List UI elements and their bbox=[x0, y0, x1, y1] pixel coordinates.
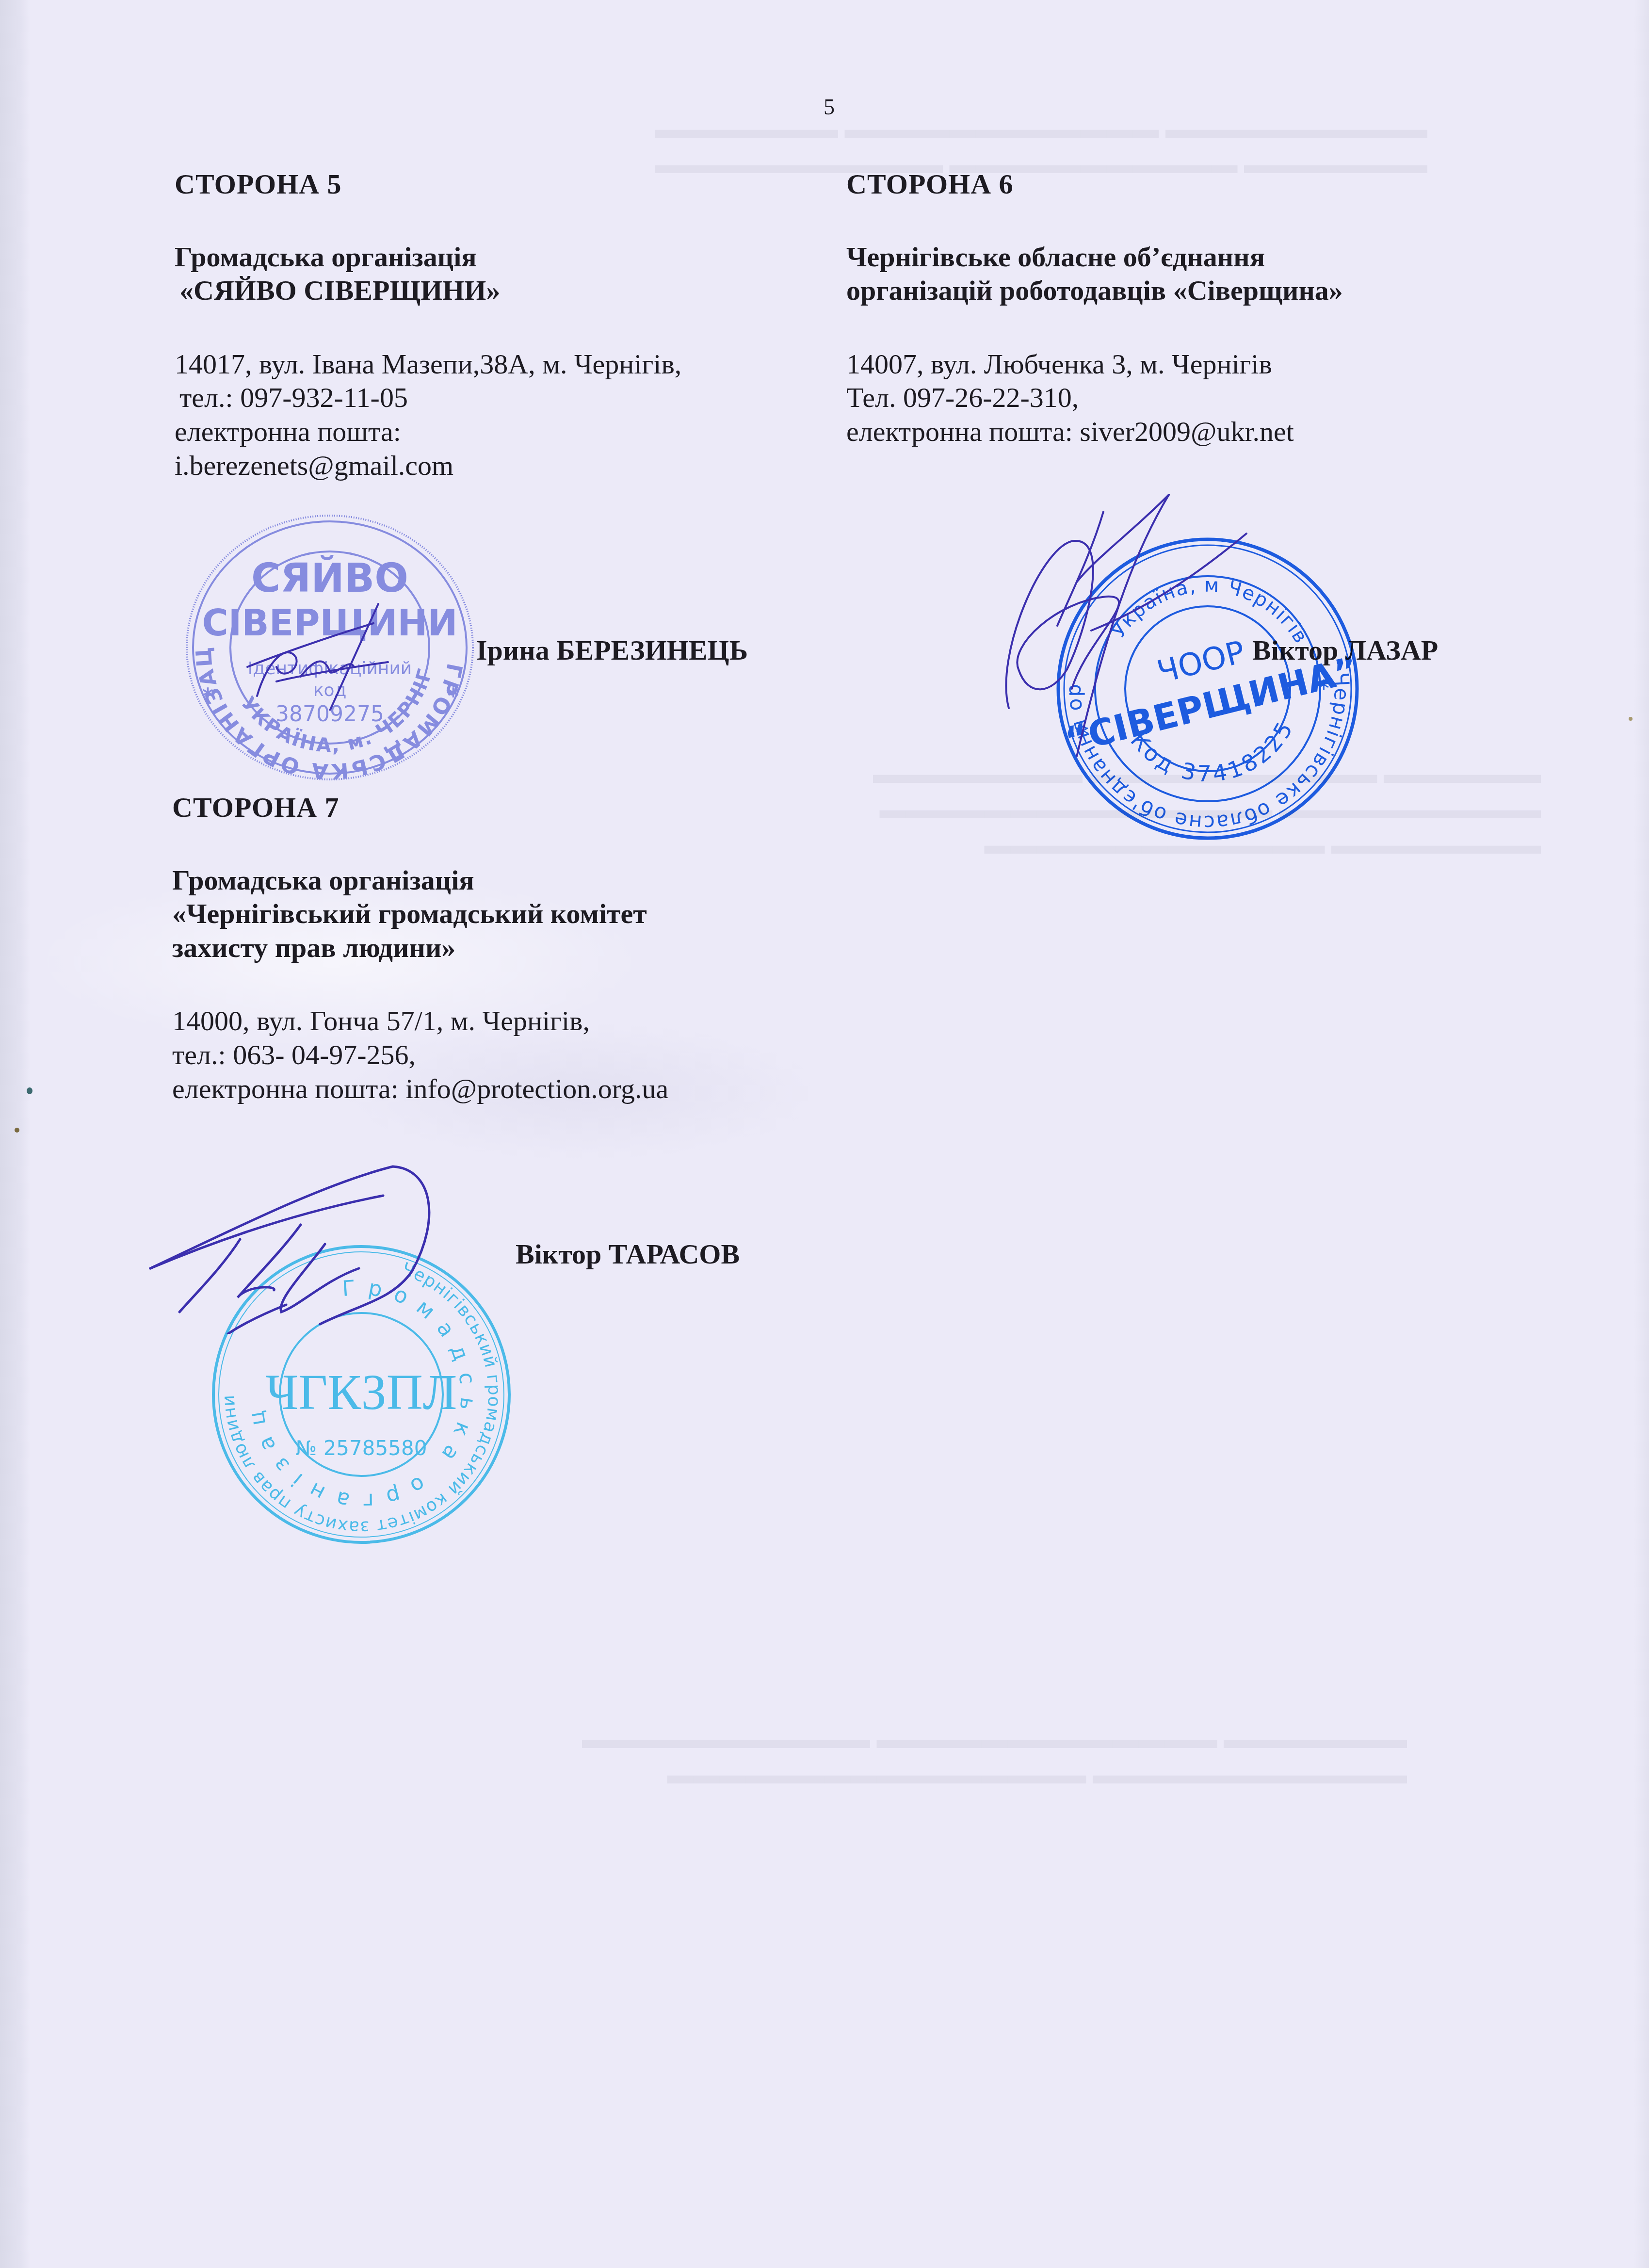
scan-speck bbox=[27, 1087, 32, 1094]
party-block-6: СТОРОНА 6 Чернігівське обласне об’єднанн… bbox=[846, 167, 1574, 449]
contact-details: 14000, вул. Гонча 57/1, м. Чернігів, тел… bbox=[172, 1004, 851, 1105]
scan-speck bbox=[15, 1128, 19, 1133]
org-name: Громадська організація «Чернігівський гр… bbox=[172, 863, 851, 965]
svg-text:*: * bbox=[202, 684, 213, 709]
svg-text:СЯЙВО: СЯЙВО bbox=[251, 555, 408, 601]
contact-details: 14007, вул. Любченка 3, м. Чернігів Тел.… bbox=[846, 347, 1574, 449]
svg-text:№ 25785580: № 25785580 bbox=[296, 1436, 427, 1460]
org-name: Громадська організація «СЯЙВО СІВЕРЩИНИ» bbox=[175, 240, 854, 308]
svg-text:Ідентифікаційний: Ідентифікаційний bbox=[248, 659, 412, 679]
email-line: електронна пошта: siver2009@ukr.net bbox=[846, 415, 1574, 449]
side-title: СТОРОНА 5 bbox=[175, 167, 854, 201]
stamp-chgkzpl: Чернігівський громадський комітет захист… bbox=[209, 1242, 514, 1547]
svg-text:код: код bbox=[313, 680, 347, 700]
party-block-7: СТОРОНА 7 Громадська організація «Черніг… bbox=[172, 791, 851, 1105]
org-name-line: організацій роботодавців «Сіверщина» bbox=[846, 274, 1574, 308]
svg-text:СІВЕРЩИНИ: СІВЕРЩИНИ bbox=[202, 602, 458, 644]
svg-text:Україна, м Чернігів: Україна, м Чернігів bbox=[1107, 574, 1312, 648]
phone-line: тел.: 097-932-11-05 bbox=[175, 381, 854, 415]
svg-text:38709275: 38709275 bbox=[275, 702, 384, 727]
bleed-through-text: ▬▬▬▬▬▬▬ ▬▬▬▬▬▬▬▬▬▬▬▬▬ ▬▬▬▬▬▬▬▬▬▬▬▬▬▬▬▬▬▬… bbox=[582, 1722, 1407, 1793]
address-line: 14007, вул. Любченка 3, м. Чернігів bbox=[846, 347, 1574, 381]
scan-edge-shadow-right bbox=[1634, 0, 1649, 2268]
scan-speck bbox=[1629, 717, 1633, 721]
address-line: 14000, вул. Гонча 57/1, м. Чернігів, bbox=[172, 1004, 851, 1038]
party-block-5: СТОРОНА 5 Громадська організація «СЯЙВО … bbox=[175, 167, 854, 482]
page-number: 5 bbox=[824, 96, 835, 118]
stamp-siaivo-sivershchyny: ГРОМАДСЬКА ОРГАНІЗАЦІЯ «СЯЙВО СІВЕРЩИНИ»… bbox=[182, 512, 478, 783]
svg-text:ЧГКЗПЛ: ЧГКЗПЛ bbox=[266, 1364, 457, 1420]
phone-line: Тел. 097-26-22-310, bbox=[846, 381, 1574, 415]
stamp-seal-icon: Чернігівське обласне об'єднання організа… bbox=[1052, 534, 1363, 844]
side-title: СТОРОНА 6 bbox=[846, 167, 1574, 201]
org-name-line: «Чернігівський громадський комітет bbox=[172, 897, 851, 931]
stamp-choor-sivershchyna: Чернігівське обласне об'єднання організа… bbox=[1052, 534, 1363, 844]
svg-text:*: * bbox=[1318, 675, 1329, 701]
org-name: Чернігівське обласне об’єднання організа… bbox=[846, 240, 1574, 308]
address-line: 14017, вул. Івана Мазепи,38А, м. Чернігі… bbox=[175, 347, 854, 381]
org-name-line: Чернігівське обласне об’єднання bbox=[846, 240, 1574, 274]
signer-name: Віктор ТАРАСОВ bbox=[516, 1240, 740, 1268]
svg-text:*: * bbox=[1078, 721, 1089, 747]
email-address: i.berezenets@gmail.com bbox=[175, 449, 854, 483]
org-name-line: захисту прав людини» bbox=[172, 931, 851, 965]
org-name-line: Громадська організація bbox=[172, 863, 851, 897]
side-title: СТОРОНА 7 bbox=[172, 791, 851, 825]
scan-edge-shadow bbox=[0, 0, 30, 2268]
stamp-seal-icon: ГРОМАДСЬКА ОРГАНІЗАЦІЯ «СЯЙВО СІВЕРЩИНИ»… bbox=[182, 512, 478, 783]
signer-name: Ірина БЕРЕЗИНЕЦЬ bbox=[476, 636, 748, 664]
contact-details: 14017, вул. Івана Мазепи,38А, м. Чернігі… bbox=[175, 347, 854, 482]
email-line: електронна пошта: info@protection.org.ua bbox=[172, 1072, 851, 1106]
stamp-seal-icon: Чернігівський громадський комітет захист… bbox=[209, 1242, 514, 1547]
org-name-line: Громадська організація bbox=[175, 240, 854, 274]
phone-line: тел.: 063- 04-97-256, bbox=[172, 1038, 851, 1072]
email-label: електронна пошта: bbox=[175, 415, 854, 449]
svg-text:*: * bbox=[448, 684, 459, 709]
org-name-line: «СЯЙВО СІВЕРЩИНИ» bbox=[175, 274, 854, 308]
